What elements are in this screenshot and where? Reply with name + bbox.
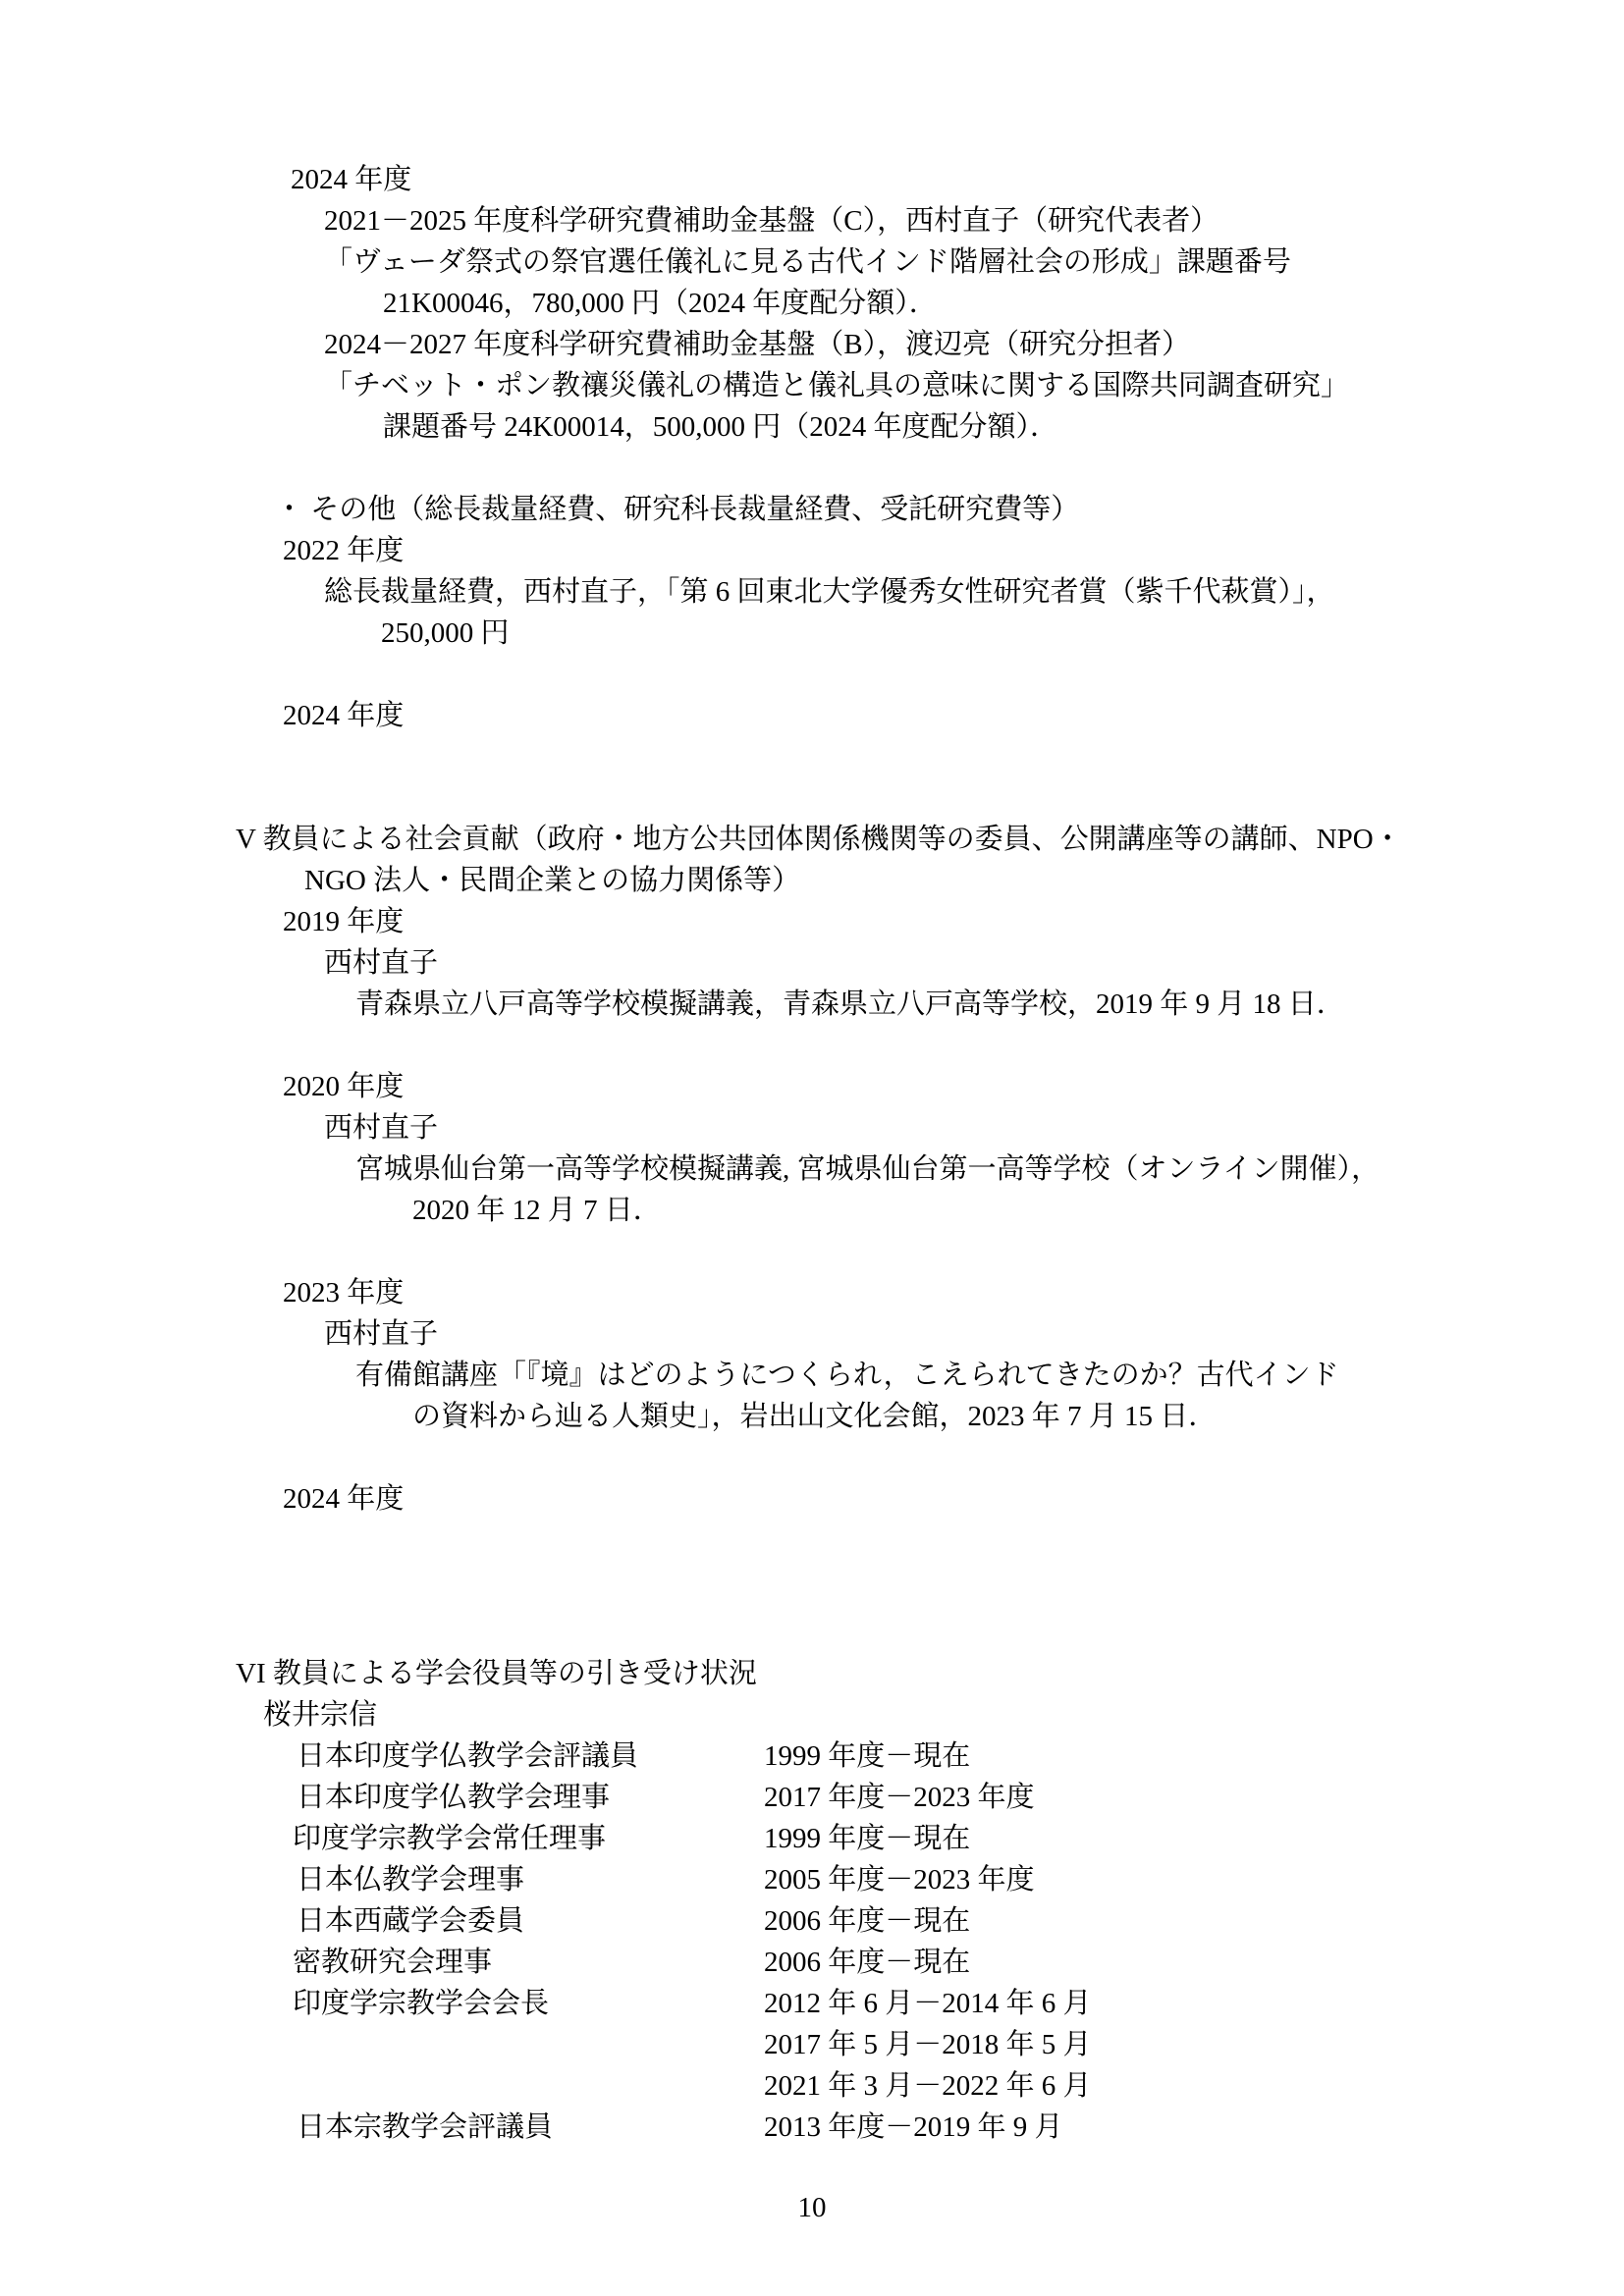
role-cell: 日本印度学仏教学会理事 [297, 1777, 610, 1818]
year-heading-2024: 2024 年度 [291, 159, 411, 200]
person-name: 西村直子 [324, 942, 438, 984]
grant-2-amount: 課題番号 24K00014，500,000 円（2024 年度配分額）． [383, 406, 1058, 448]
year-heading-2024-other: 2024 年度 [283, 695, 404, 736]
period-cell: 2006 年度－現在 [764, 1942, 970, 1983]
role-cell: 日本西蔵学会委員 [297, 1900, 524, 1942]
page-number: 10 [0, 2187, 1624, 2228]
period-cell: 1999 年度－現在 [764, 1818, 970, 1859]
other-funding-heading: ・ その他（総長裁量経費、研究科長裁量経費、受託研究費等） [275, 489, 1079, 530]
grant-1-project: 「ヴェーダ祭式の祭官選任儀礼に見る古代インド階層社会の形成」課題番号 [324, 241, 1291, 283]
activity-line: 青森県立八戸高等学校模擬講義，青森県立八戸高等学校，2019 年 9 月 18 … [355, 984, 1345, 1025]
period-cell: 2017 年 5 月－2018 年 5 月 [764, 2024, 1092, 2065]
year-heading: 2019 年度 [283, 901, 404, 942]
period-cell: 2013 年度－2019 年 9 月 [764, 2107, 1063, 2148]
activity-line: 宮城県仙台第一高等学校模擬講義, 宮城県仙台第一高等学校（オンライン開催）， [355, 1148, 1380, 1190]
year-heading: 2023 年度 [283, 1272, 404, 1313]
role-cell: 日本仏教学会理事 [297, 1859, 524, 1900]
period-cell: 2021 年 3 月－2022 年 6 月 [764, 2065, 1092, 2107]
person-name: 西村直子 [324, 1107, 438, 1148]
period-cell: 2017 年度－2023 年度 [764, 1777, 1035, 1818]
role-cell: 密教研究会理事 [293, 1942, 492, 1983]
activity-line: 有備館講座「『境』はどのようにつくられ，こえられてきたのか？古代インド [355, 1355, 1339, 1396]
grant-2-project: 「チベット・ポン教禳災儀礼の構造と儀礼具の意味に関する国際共同調査研究」 [324, 365, 1349, 406]
role-cell: 印度学宗教学会会長 [293, 1983, 549, 2024]
other-funding-item: 総長裁量経費，西村直子，「第 6 回東北大学優秀女性研究者賞（紫千代萩賞）」， [324, 571, 1335, 613]
year-heading: 2020 年度 [283, 1066, 404, 1107]
person-name: 桜井宗信 [263, 1694, 377, 1735]
grant-1-amount: 21K00046，780,000 円（2024 年度配分額）． [383, 283, 938, 324]
activity-line: の資料から辿る人類史」，岩出山文化会館，2023 年 7 月 15 日． [412, 1396, 1217, 1437]
person-name: 西村直子 [324, 1313, 438, 1355]
role-cell: 印度学宗教学会常任理事 [293, 1818, 606, 1859]
role-cell: 日本印度学仏教学会評議員 [297, 1735, 638, 1777]
activity-line: 2020 年 12 月 7 日． [412, 1190, 662, 1231]
year-heading-2022: 2022 年度 [283, 530, 404, 571]
grant-1-title: 2021－2025 年度科学研究費補助金基盤（C），西村直子（研究代表者） [324, 200, 1218, 241]
section-v-heading-cont: NGO 法人・民間企業との協力関係等） [304, 860, 800, 901]
year-heading-2024-v: 2024 年度 [283, 1478, 404, 1520]
period-cell: 1999 年度－現在 [764, 1735, 970, 1777]
grant-2-title: 2024－2027 年度科学研究費補助金基盤（B），渡辺亮（研究分担者） [324, 324, 1190, 365]
section-v-heading: V 教員による社会貢献（政府・地方公共団体関係機関等の委員、公開講座等の講師、N… [236, 819, 1402, 860]
period-cell: 2012 年 6 月－2014 年 6 月 [764, 1983, 1092, 2024]
period-cell: 2005 年度－2023 年度 [764, 1859, 1035, 1900]
period-cell: 2006 年度－現在 [764, 1900, 970, 1942]
document-page: 2024 年度 2021－2025 年度科学研究費補助金基盤（C），西村直子（研… [0, 0, 1624, 2296]
role-cell: 日本宗教学会評議員 [297, 2107, 553, 2148]
other-funding-amount: 250,000 円 [381, 613, 510, 654]
section-vi-heading: VI 教員による学会役員等の引き受け状況 [236, 1653, 757, 1694]
